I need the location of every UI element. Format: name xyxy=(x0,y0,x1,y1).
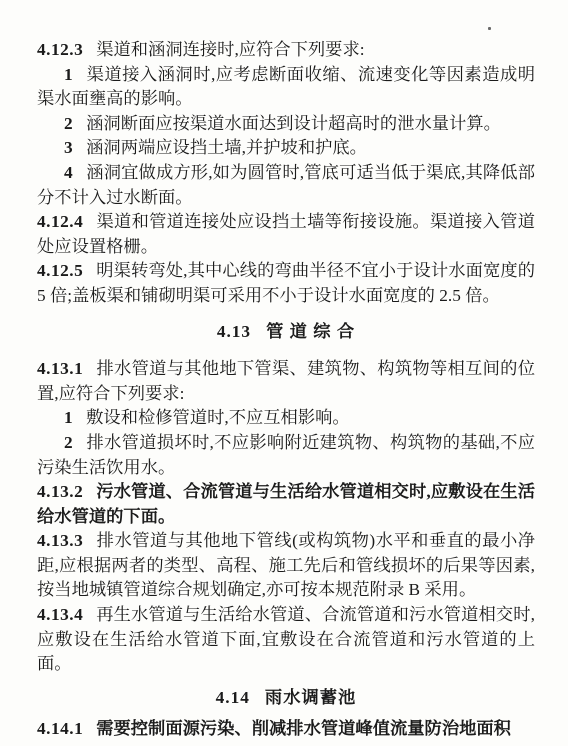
clause-number: 4.14.1 xyxy=(37,719,83,738)
item-number: 4 xyxy=(64,163,73,182)
clause-4-13-1: 4.13.1排水管道与其他地下管渠、建筑物、构筑物等相互间的位置,应符合下列要求… xyxy=(37,357,535,406)
clause-text: 明渠转弯处,其中心线的弯曲半径不宜小于设计水面宽度的 5 倍;盖板渠和铺砌明渠可… xyxy=(37,261,535,305)
clause-text: 渠道和涵洞连接时,应符合下列要求: xyxy=(96,40,364,59)
clause-number: 4.13.1 xyxy=(37,359,83,378)
clause-4-12-3: 4.12.3渠道和涵洞连接时,应符合下列要求: xyxy=(37,38,535,63)
clause-text: 渠道和管道连接处应设挡土墙等衔接设施。渠道接入管道处应设置格栅。 xyxy=(37,212,535,256)
section-heading-4-13: 4.13管 道 综 合 xyxy=(37,320,535,345)
clause-4-12-5: 4.12.5明渠转弯处,其中心线的弯曲半径不宜小于设计水面宽度的 5 倍;盖板渠… xyxy=(37,259,535,308)
item-number: 3 xyxy=(64,138,73,157)
item-number: 2 xyxy=(64,433,73,452)
item-text: 涵洞宜做成方形,如为圆管时,管底可适当低于渠底,其降低部分不计入过水断面。 xyxy=(37,163,535,207)
item-text: 涵洞断面应按渠道水面达到设计超高时的泄水量计算。 xyxy=(86,114,501,133)
clause-number: 4.13.4 xyxy=(37,605,83,624)
clause-number: 4.13.2 xyxy=(37,482,83,501)
list-item-1: 1渠道接入涵洞时,应考虑断面收缩、流速变化等因素造成明渠水面壅高的影响。 xyxy=(37,63,535,112)
scan-artifact-dot xyxy=(488,27,491,30)
item-text: 敷设和检修管道时,不应互相影响。 xyxy=(86,408,350,427)
clause-number: 4.12.5 xyxy=(37,261,83,280)
document-page: 4.12.3渠道和涵洞连接时,应符合下列要求: 1渠道接入涵洞时,应考虑断面收缩… xyxy=(0,0,568,746)
section-number: 4.14 xyxy=(216,688,250,707)
clause-4-14-1-mandatory: 4.14.1需要控制面源污染、削减排水管道峰值流量防治地面积 xyxy=(37,717,535,742)
item-text: 渠道接入涵洞时,应考虑断面收缩、流速变化等因素造成明渠水面壅高的影响。 xyxy=(37,65,535,109)
section-heading-4-14: 4.14雨水调蓄池 xyxy=(37,686,535,711)
clause-4-13-2-mandatory: 4.13.2污水管道、合流管道与生活给水管道相交时,应敷设在生活给水管道的下面。 xyxy=(37,480,535,529)
list-item-2: 2排水管道损坏时,不应影响附近建筑物、构筑物的基础,不应污染生活饮用水。 xyxy=(37,431,535,480)
clause-text: 排水管道与其他地下管线(或构筑物)水平和垂直的最小净距,应根据两者的类型、高程、… xyxy=(37,531,535,599)
clause-4-13-4: 4.13.4再生水管道与生活给水管道、合流管道和污水管道相交时,应敷设在生活给水… xyxy=(37,603,535,677)
section-title: 管 道 综 合 xyxy=(266,322,355,341)
clause-text: 排水管道与其他地下管渠、建筑物、构筑物等相互间的位置,应符合下列要求: xyxy=(37,359,535,403)
list-item-4: 4涵洞宜做成方形,如为圆管时,管底可适当低于渠底,其降低部分不计入过水断面。 xyxy=(37,161,535,210)
item-text: 涵洞两端应设挡土墙,并护坡和护底。 xyxy=(86,138,367,157)
section-title: 雨水调蓄池 xyxy=(265,688,356,707)
section-number: 4.13 xyxy=(217,322,251,341)
clause-text: 污水管道、合流管道与生活给水管道相交时,应敷设在生活给水管道的下面。 xyxy=(37,482,535,526)
clause-text: 再生水管道与生活给水管道、合流管道和污水管道相交时,应敷设在生活给水管道下面,宜… xyxy=(37,605,535,673)
list-item-2: 2涵洞断面应按渠道水面达到设计超高时的泄水量计算。 xyxy=(37,112,535,137)
item-number: 1 xyxy=(64,65,73,84)
clause-number: 4.12.4 xyxy=(37,212,83,231)
list-item-1: 1敷设和检修管道时,不应互相影响。 xyxy=(37,406,535,431)
item-number: 2 xyxy=(64,114,73,133)
list-item-3: 3涵洞两端应设挡土墙,并护坡和护底。 xyxy=(37,136,535,161)
clause-number: 4.12.3 xyxy=(37,40,83,59)
clause-number: 4.13.3 xyxy=(37,531,83,550)
item-number: 1 xyxy=(64,408,73,427)
clause-4-13-3: 4.13.3排水管道与其他地下管线(或构筑物)水平和垂直的最小净距,应根据两者的… xyxy=(37,529,535,603)
clause-4-12-4: 4.12.4渠道和管道连接处应设挡土墙等衔接设施。渠道接入管道处应设置格栅。 xyxy=(37,210,535,259)
item-text: 排水管道损坏时,不应影响附近建筑物、构筑物的基础,不应污染生活饮用水。 xyxy=(37,433,535,477)
clause-text: 需要控制面源污染、削减排水管道峰值流量防治地面积 xyxy=(96,719,511,738)
